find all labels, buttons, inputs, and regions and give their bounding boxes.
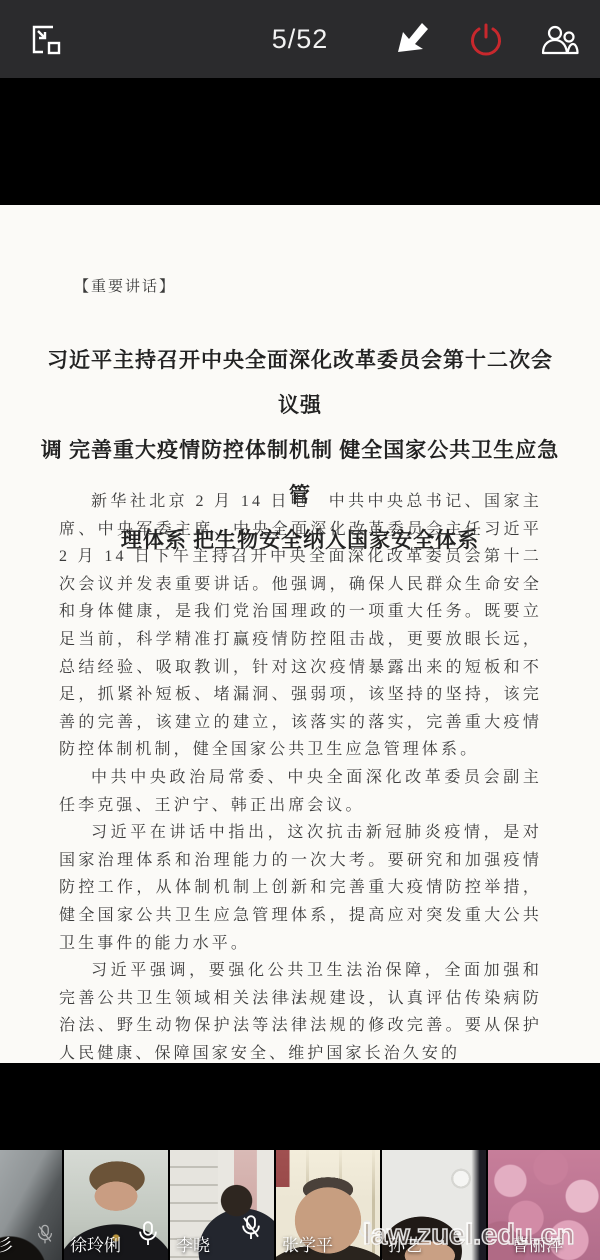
participant-name: 张学平 <box>282 1231 333 1256</box>
arrow-pointer-icon <box>394 17 430 55</box>
page-indicator: 5/52 <box>0 24 600 55</box>
video-tile[interactable]: 李晓 <box>170 1150 274 1260</box>
document-page-number: - 1 - <box>0 991 600 1006</box>
screen-share-viewer[interactable]: 5/52 <box>0 0 600 1260</box>
end-share-button[interactable] <box>468 22 504 58</box>
mic-icon <box>357 1218 377 1251</box>
title-line-1: 习近平主持召开中央全面深化改革委员会第十二次会议强 <box>40 338 560 428</box>
mic-muted-icon <box>36 1223 54 1252</box>
shared-document-page[interactable]: 【重要讲话】 习近平主持召开中央全面深化改革委员会第十二次会议强 调 完善重大疫… <box>0 205 600 1063</box>
video-tile[interactable]: 徐玲俐 <box>64 1150 168 1260</box>
paragraph-3: 习近平在讲话中指出，这次抗击新冠肺炎疫情，是对国家治理体系和治理能力的一次大考。… <box>59 819 542 957</box>
participant-name: 孙艺 <box>388 1231 422 1256</box>
video-tile[interactable]: 张学平 <box>276 1150 380 1260</box>
paragraph-1: 新华社北京 2 月 14 日电 中共中央总书记、国家主席、中央军委主席、中央全面… <box>59 488 542 764</box>
participant-name: 彡 <box>0 1231 14 1256</box>
participant-video-strip: 彡 徐玲俐 李晓 <box>0 1150 600 1260</box>
participant-name: 徐玲俐 <box>70 1231 121 1256</box>
participant-name: 李晓 <box>176 1231 210 1256</box>
document-section-label: 【重要讲话】 <box>74 275 176 296</box>
document-body: 新华社北京 2 月 14 日电 中共中央总书记、国家主席、中央军委主席、中央全面… <box>59 488 542 1067</box>
participants-icon <box>540 24 580 56</box>
paragraph-2: 中共中央政治局常委、中央全面深化改革委员会副主任李克强、王沪宁、韩正出席会议。 <box>59 764 542 819</box>
video-tile[interactable]: 曹丽萍 <box>488 1150 600 1260</box>
participant-name: 曹丽萍 <box>512 1231 563 1256</box>
power-icon <box>468 22 504 58</box>
annotation-pointer-button[interactable] <box>394 17 430 55</box>
mic-muted-icon <box>240 1213 262 1248</box>
video-tile[interactable]: 孙艺 <box>382 1150 486 1260</box>
participants-button[interactable] <box>540 24 580 56</box>
video-tile[interactable]: 彡 <box>0 1150 62 1260</box>
mic-icon <box>137 1219 159 1254</box>
top-toolbar: 5/52 <box>0 0 600 78</box>
paragraph-4: 习近平强调，要强化公共卫生法治保障，全面加强和完善公共卫生领域相关法律法规建设，… <box>59 957 542 1067</box>
